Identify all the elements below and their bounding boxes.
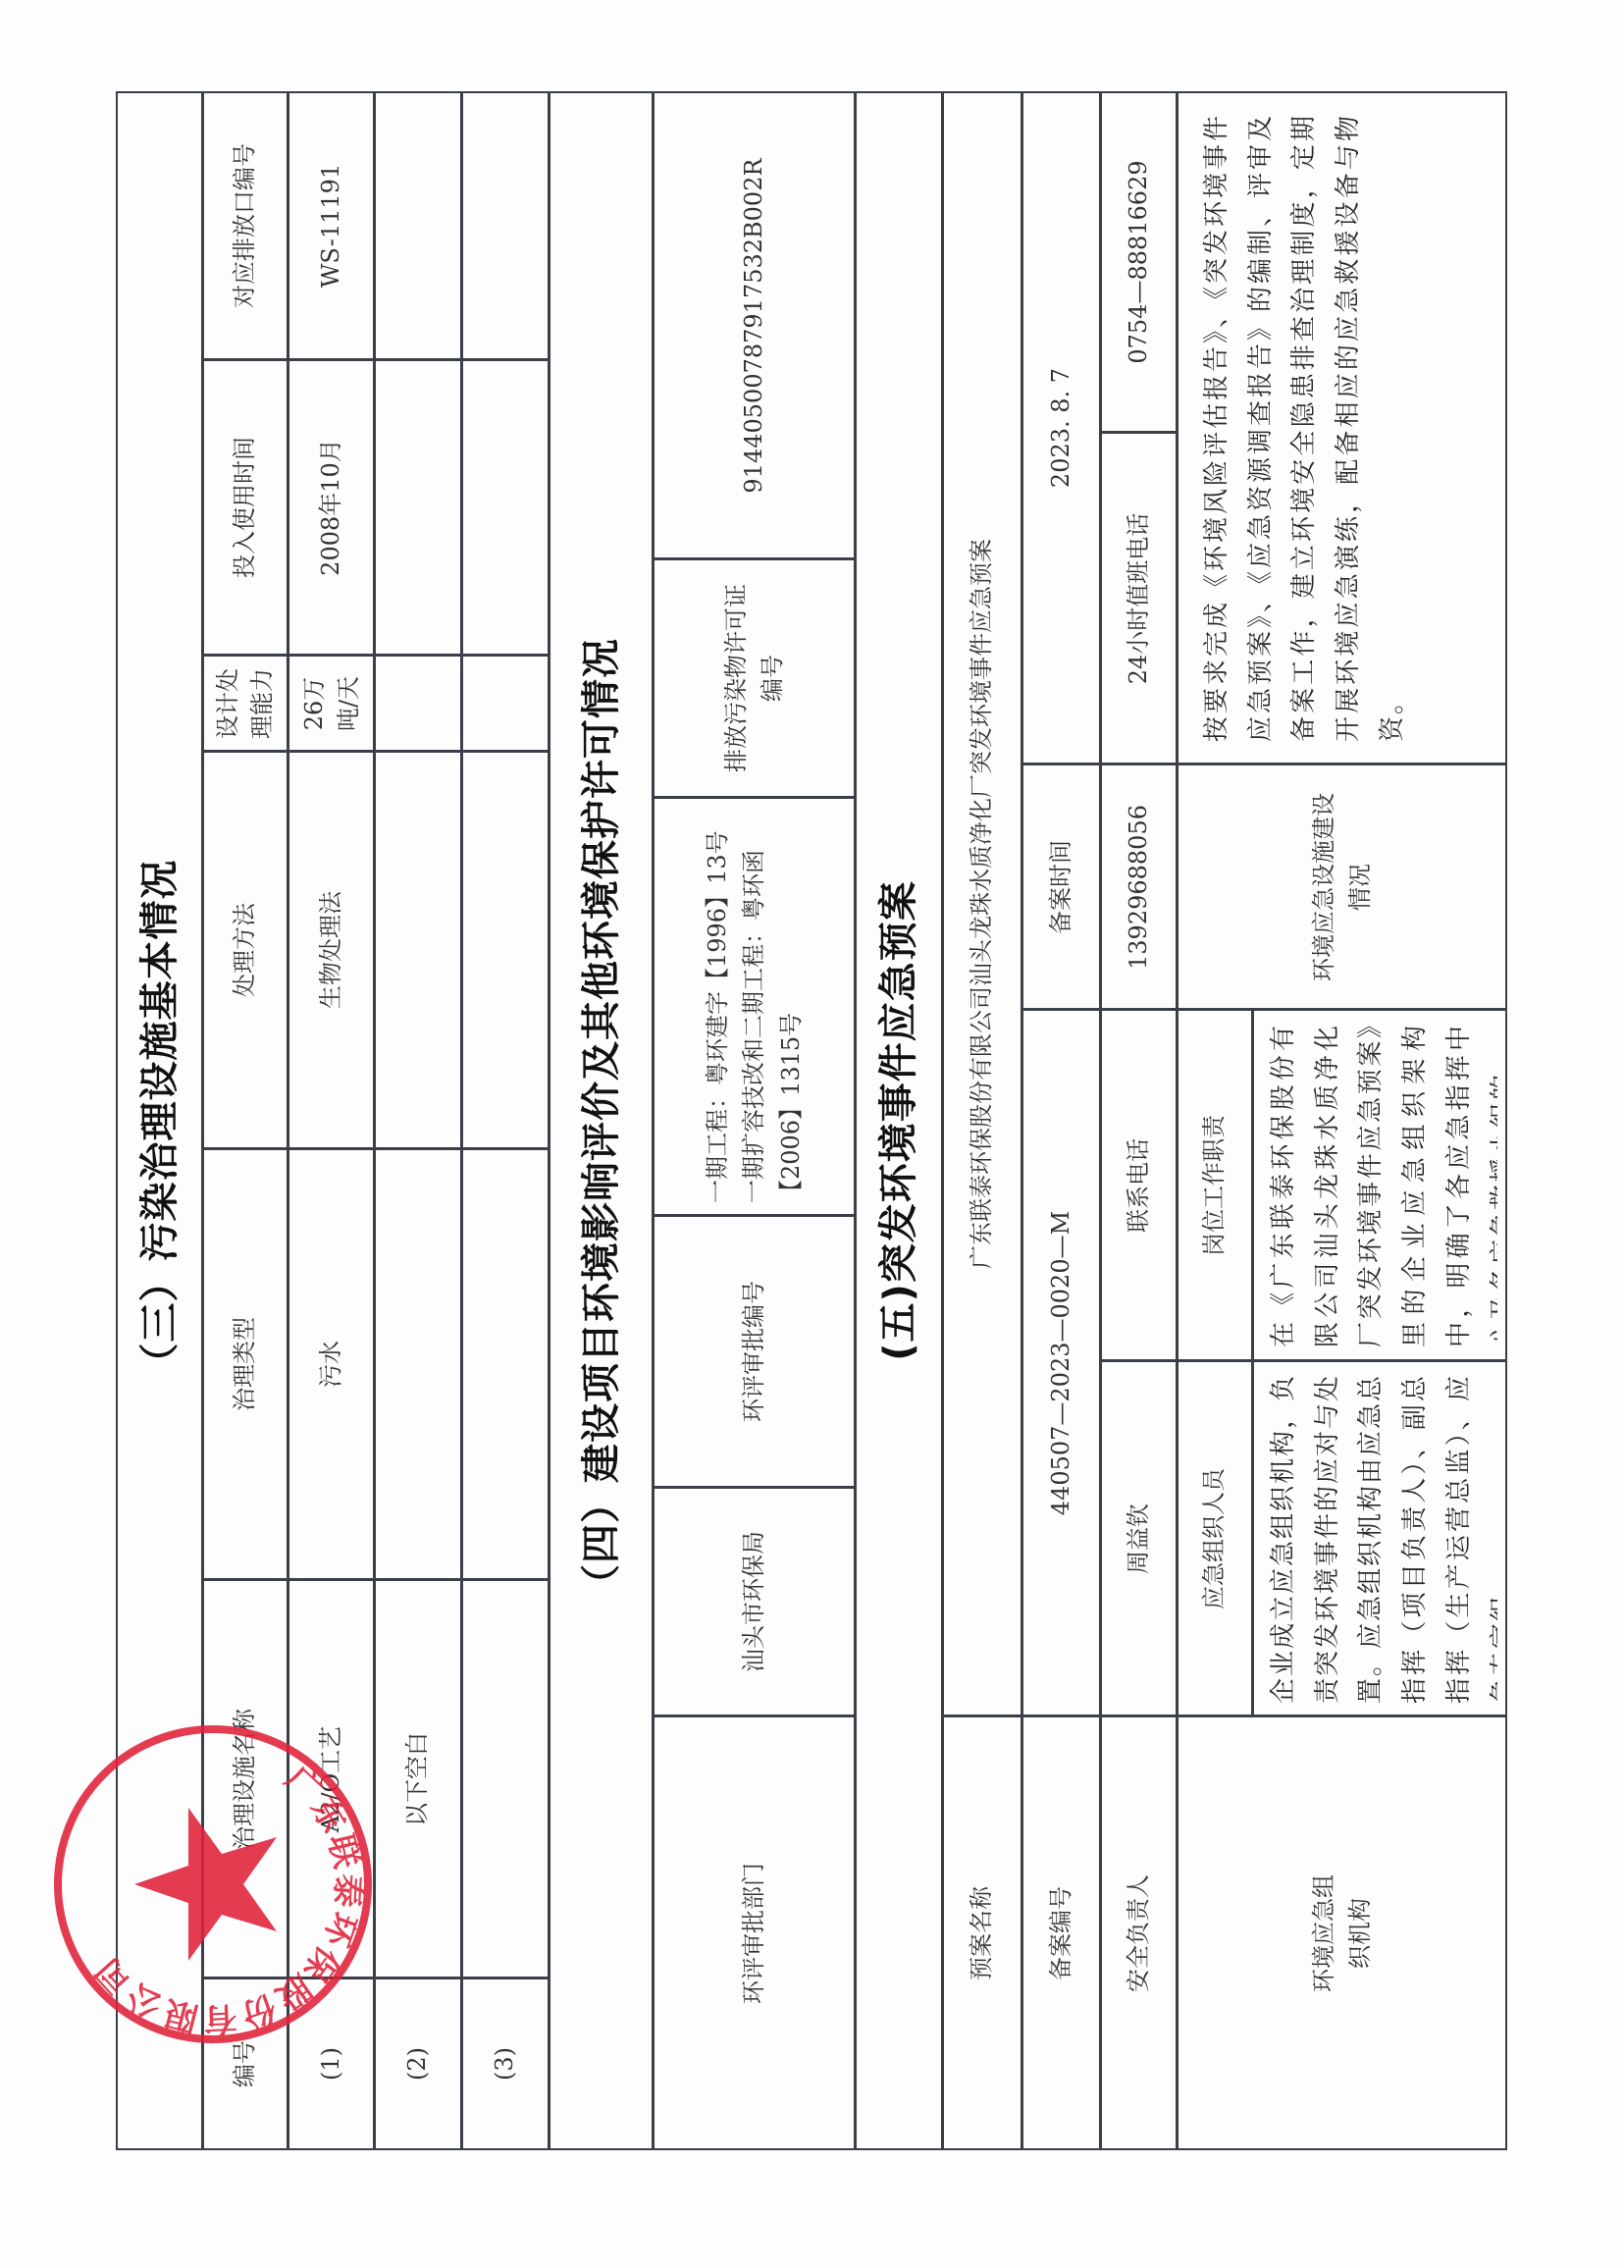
org-label: 环境应急组织机构 [1283, 1870, 1401, 1997]
row2-outlet-no [374, 91, 462, 360]
row2-treatment-type [374, 1148, 462, 1580]
header-in-use-date-label: 投入使用时间 [206, 365, 285, 650]
header-capacity: 设计处理能力 [202, 655, 288, 752]
row1-treatment-type: 污水 [288, 1148, 375, 1580]
row1-outlet-no: WS-11191 [288, 91, 375, 360]
row3-no-value: (3) [466, 1985, 545, 2142]
section5-title-cell: (五)突发环境事件应急预案 [855, 91, 943, 2150]
row1-method-value: 生物处理法 [292, 759, 371, 1141]
section3-title-cell: （三）污染治理设施基本情况 [116, 91, 203, 2150]
section3-title: （三）污染治理设施基本情况 [121, 385, 199, 1857]
row2-capacity [374, 655, 462, 752]
section4-title: （四）建设项目环境影响评价及其他环境保护许可情况 [562, 336, 641, 1906]
approval-dept-label-cell: 环评审批部门 [653, 1715, 856, 2150]
header-capacity-label: 设计处理能力 [204, 664, 287, 743]
header-no: 编号 [202, 1978, 288, 2150]
header-method-label: 处理方法 [206, 759, 285, 1141]
row1-facility-name: A2/O工艺 [288, 1579, 375, 1978]
plan-name-label-cell: 预案名称 [942, 1715, 1022, 2150]
record-time-label-cell: 备案时间 [1022, 764, 1101, 1010]
plan-name-value: 广东联泰环保股份有限公司汕头龙珠水质净化厂突发环境事件应急预案 [948, 119, 1017, 1689]
approval-dept-value-cell: 汕头市环保局 [653, 1487, 856, 1716]
permit-value-cell: 91440500787917532B002R [653, 91, 856, 559]
hotline-value-cell: 0754—88816629 [1100, 91, 1178, 433]
header-outlet-no: 对应排放口编号 [202, 91, 288, 360]
record-time-label: 备案时间 [1027, 769, 1096, 1005]
record-no-value-cell: 440507—2023—0020—M [1022, 1009, 1101, 1716]
row1-in-use-date-value: 2008年10月 [292, 365, 371, 650]
facility-label-cell: 环境应急设施建设情况 [1177, 764, 1507, 1010]
section4-title-cell: （四）建设项目环境影响评价及其他环境保护许可情况 [549, 91, 654, 2150]
safety-person-value: 周益钦 [1105, 1372, 1174, 1706]
phone-value: 13929688056 [1105, 769, 1174, 1005]
header-facility-name-label: 治理设施名称 [206, 1588, 285, 1971]
record-time-value-cell: 2023. 8. 7 [1022, 91, 1101, 765]
record-time-value: 2023. 8. 7 [1027, 104, 1096, 752]
row1-no-value: (1) [292, 1985, 371, 2142]
duty-text: 在《广东联泰环保股份有限公司汕头龙珠水质净化厂突发环境事件应急预案》里的企业应急… [1262, 1024, 1497, 1347]
safety-person-value-cell: 周益钦 [1100, 1360, 1178, 1716]
row1-in-use-date: 2008年10月 [288, 359, 375, 656]
row3-facility-name [461, 1579, 550, 1978]
plan-name-label: 预案名称 [948, 1727, 1017, 2139]
facility-label: 环境应急设施建设情况 [1283, 789, 1401, 985]
phone-label-cell: 联系电话 [1100, 1009, 1178, 1361]
approval-no-label-cell: 环评审批编号 [653, 1215, 856, 1488]
row2-method [374, 751, 462, 1149]
hotline-label-cell: 24小时值班电话 [1100, 432, 1178, 765]
row2-facility-name-value: 以下空白 [379, 1588, 457, 1971]
duty-label: 岗位工作职责 [1180, 1019, 1249, 1352]
header-outlet-no-label: 对应排放口编号 [206, 98, 285, 353]
safety-person-label-cell: 安全负责人 [1100, 1715, 1178, 2150]
record-no-label: 备案编号 [1027, 1727, 1096, 2139]
row1-outlet-no-value: WS-11191 [292, 98, 371, 353]
approval-dept-value: 汕头市环保局 [715, 1494, 794, 1710]
row1-capacity: 26万吨/天 [288, 655, 375, 752]
row2-in-use-date [374, 359, 462, 656]
record-no-value: 440507—2023—0020—M [1027, 1020, 1096, 1707]
approval-dept-label: 环评审批部门 [715, 1727, 794, 2139]
row3-outlet-no [461, 91, 550, 360]
org-staff-label-cell: 应急组织人员 [1177, 1360, 1253, 1716]
org-label-cell: 环境应急组织机构 [1177, 1715, 1507, 2150]
plan-name-value-cell: 广东联泰环保股份有限公司汕头龙珠水质净化厂突发环境事件应急预案 [942, 91, 1022, 1716]
row3-capacity [461, 655, 550, 752]
row2-no-value: (2) [379, 1985, 457, 2142]
approval-no-value: 一期工程：粤环建字【1996】13号 一期扩容技改和二期工程：粤环函【2006】… [661, 811, 848, 1203]
permit-label: 排放污染物许可证编号 [671, 575, 838, 781]
org-staff-text-cell: 企业成立应急组织机构，负责突发环境事件的应对与处置。应急组织机构由应急总指挥（项… [1252, 1360, 1507, 1716]
row3-treatment-type [461, 1148, 550, 1580]
row1-facility-name-value: A2/O工艺 [292, 1588, 371, 1971]
hotline-value: 0754—88816629 [1105, 100, 1174, 424]
permit-value: 91440500787917532B002R [715, 100, 794, 552]
row1-no: (1) [288, 1978, 375, 2150]
header-no-label: 编号 [206, 1985, 285, 2142]
org-staff-label: 应急组织人员 [1180, 1372, 1249, 1706]
header-in-use-date: 投入使用时间 [202, 359, 288, 656]
phone-value-cell: 13929688056 [1100, 764, 1178, 1010]
header-facility-name: 治理设施名称 [202, 1579, 288, 1978]
header-treatment-type: 治理类型 [202, 1148, 288, 1580]
header-treatment-type-label: 治理类型 [206, 1158, 285, 1570]
record-no-label-cell: 备案编号 [1022, 1715, 1101, 2150]
org-staff-text: 企业成立应急组织机构，负责突发环境事件的应对与处置。应急组织机构由应急总指挥（项… [1262, 1374, 1497, 1704]
header-method: 处理方法 [202, 751, 288, 1149]
facility-text: 按要求完成《环境风险评估报告》、《突发环境事件应急预案》、《应急资源调查报告》的… [1195, 114, 1490, 742]
duty-label-cell: 岗位工作职责 [1177, 1009, 1253, 1361]
row1-method: 生物处理法 [288, 751, 375, 1149]
approval-no-label: 环评审批编号 [715, 1224, 794, 1479]
facility-text-cell: 按要求完成《环境风险评估报告》、《突发环境事件应急预案》、《应急资源调查报告》的… [1177, 91, 1507, 765]
section5-title: (五)突发环境事件应急预案 [860, 532, 938, 1710]
phone-label: 联系电话 [1105, 1019, 1174, 1352]
duty-text-cell: 在《广东联泰环保股份有限公司汕头龙珠水质净化厂突发环境事件应急预案》里的企业应急… [1252, 1009, 1507, 1361]
hotline-label: 24小时值班电话 [1105, 442, 1174, 756]
row2-facility-name: 以下空白 [374, 1579, 462, 1978]
row3-no: (3) [461, 1978, 550, 2150]
approval-no-value-cell: 一期工程：粤环建字【1996】13号 一期扩容技改和二期工程：粤环函【2006】… [653, 797, 856, 1216]
row1-capacity-value: 26万吨/天 [290, 662, 373, 745]
row3-in-use-date [461, 359, 550, 656]
safety-person-label: 安全负责人 [1105, 1727, 1174, 2139]
document-page: （三）污染治理设施基本情况 对应排放口编号 投入使用时间 设计处理能力 处理方法… [0, 0, 1624, 2268]
row3-method [461, 751, 550, 1149]
permit-label-cell: 排放污染物许可证编号 [653, 558, 856, 798]
row1-treatment-type-value: 污水 [292, 1158, 371, 1570]
row2-no: (2) [374, 1978, 462, 2150]
